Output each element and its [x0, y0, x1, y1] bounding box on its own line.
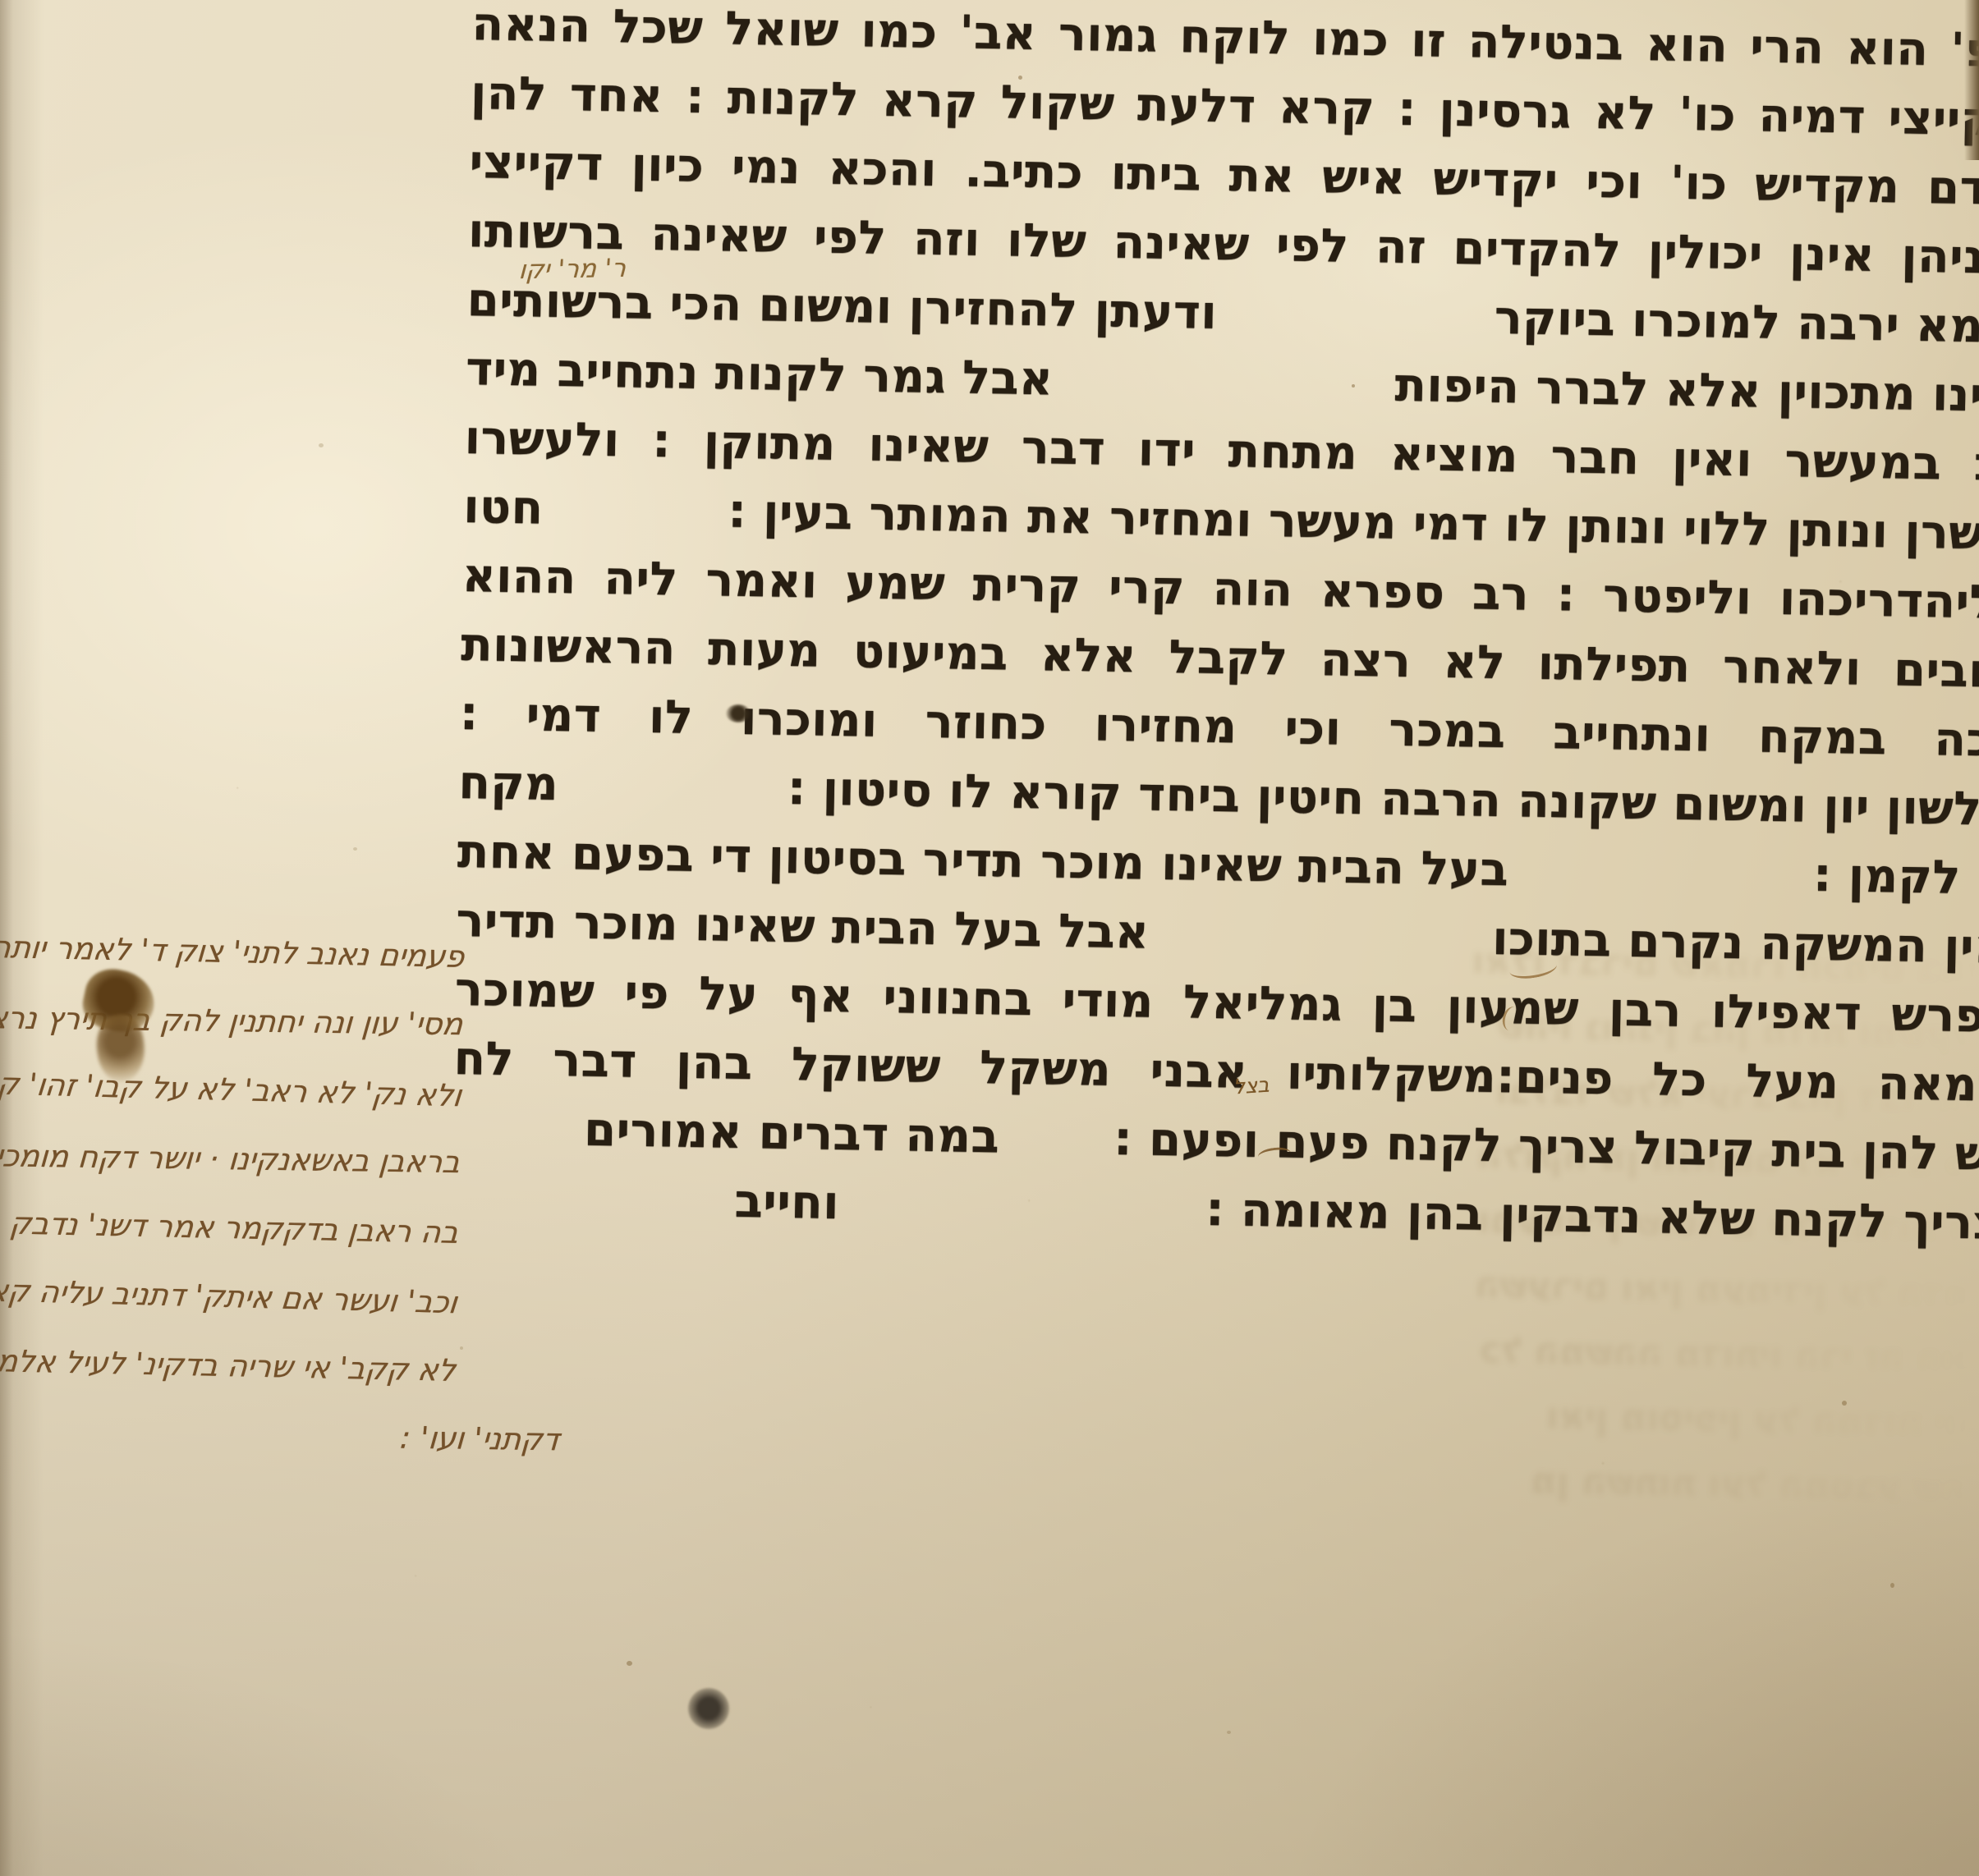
interlinear-correction: בצל — [1233, 1073, 1270, 1099]
page-edge-shadow-left — [0, 0, 13, 1876]
printed-line-segment: שמא ירבה למוכרו ביוקר — [1494, 288, 1979, 366]
paper-speck — [1227, 1731, 1231, 1734]
manuscript-line: בה ראבן בדקקמר אמר דשנ' נדבק — [31, 1199, 461, 1277]
manuscript-line: וכב' ועשר אם איתק' דתניב עליה קאמ' — [30, 1268, 460, 1347]
paper-speck — [353, 847, 357, 851]
dark-round-spot — [688, 1688, 729, 1729]
top-margin-note: ר' מר' יקו — [518, 254, 627, 285]
printed-column: ייפ' הוא הרי הוא בנטילה זו כמו לוקח גמור… — [450, 0, 1979, 1319]
paper-speck — [460, 1346, 463, 1350]
printed-line-segment: במה דברים אמורים — [583, 1100, 1000, 1177]
manuscript-photo: ואלו דברים שאמרו חכמים במדהשהיו נוהגין ב… — [0, 0, 1979, 1876]
printed-line-segment: חטו — [463, 477, 544, 548]
manuscript-line: דקתני' ועו' : — [27, 1408, 561, 1484]
paper-speck — [627, 1661, 632, 1666]
paper-speck — [1018, 76, 1022, 80]
printed-line-segment: ה לקמן : — [1812, 846, 1979, 918]
manuscript-line: לא קקב' אי שריה בדקינ' לעיל אלמ' — [29, 1337, 458, 1415]
printed-line-segment: מקח — [458, 753, 559, 823]
printed-line-segment: אין המשקה נקרם בתוכו — [1492, 909, 1979, 987]
paper-speck — [1352, 384, 1355, 388]
manuscript-line: בראבן באשאנקינו · יושר דקח מומכים — [33, 1132, 461, 1207]
printed-line-segment: אבל בעל הבית שאינו מוכר תדיר — [456, 891, 1150, 972]
paper-speck — [1842, 1401, 1847, 1406]
manuscript-line: ולא נק' לא ראב' לא על קבו' זהו' קלבה — [34, 1061, 464, 1140]
printed-line-segment: אינו מתכוין אלא לברר היפות — [1394, 355, 1979, 435]
printed-line-segment: וחייב — [734, 1172, 840, 1242]
page-edge-shadow-top-right — [1964, 0, 1979, 160]
printed-line-segment: אבל גמר לקנות נתחייב מיד — [465, 339, 1054, 418]
paper-speck — [1890, 1583, 1894, 1588]
printed-line-segment: צריך לקנח שלא נדבקין בהן מאומה : — [1205, 1180, 1979, 1263]
ink-smudge — [726, 704, 751, 722]
paper-speck — [319, 443, 324, 447]
